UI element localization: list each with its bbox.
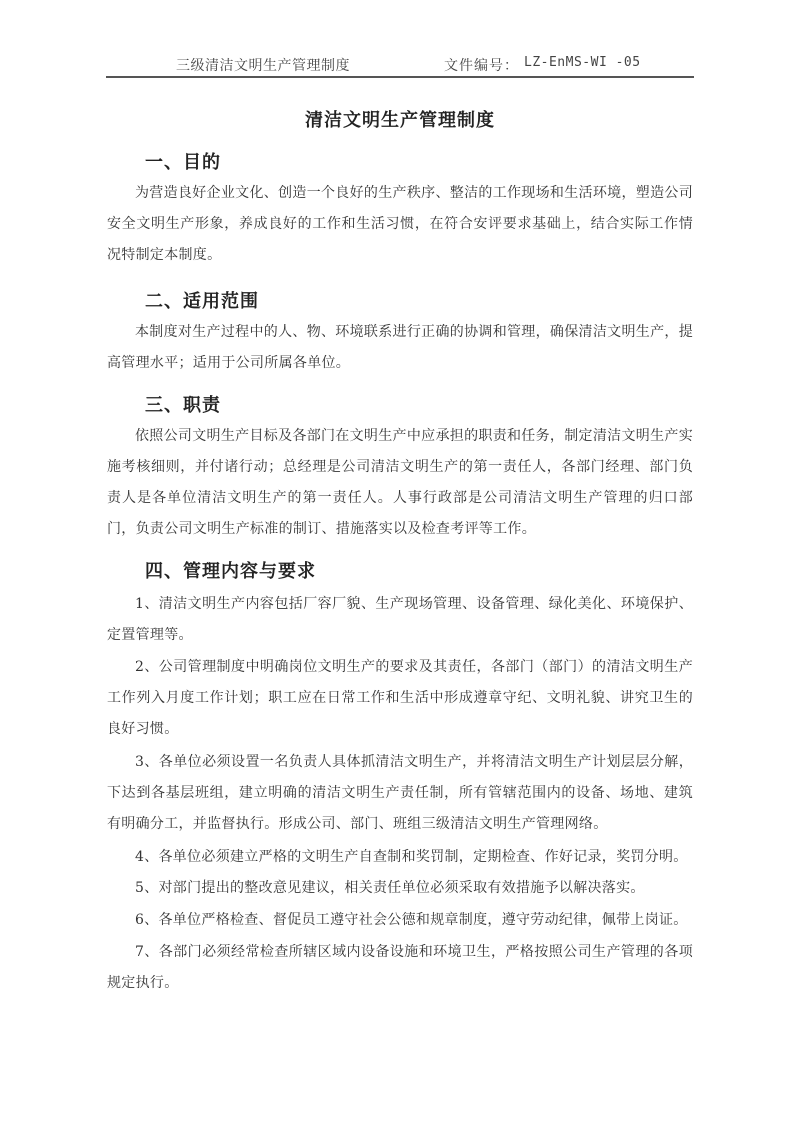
- paragraph-scope: 本制度对生产过程中的人、物、环境联系进行正确的协调和管理，确保清洁文明生产，提高…: [107, 317, 693, 379]
- section-heading-scope: 二、适用范围: [145, 287, 259, 313]
- paragraph-responsibilities: 依照公司文明生产目标及各部门在文明生产中应承担的职责和任务，制定清洁文明生产实施…: [107, 421, 693, 545]
- header-doc-code: LZ-EnMS-WI -05: [524, 55, 641, 70]
- requirement-item-5: 5、对部门提出的整改意见建议，相关责任单位必须采取有效措施予以解决落实。: [107, 873, 693, 904]
- header-doc-code-label: 文件编号：: [444, 55, 519, 75]
- running-header: 三级清洁文明生产管理制度 文件编号： LZ-EnMS-WI -05: [106, 52, 694, 78]
- section-heading-requirements: 四、管理内容与要求: [145, 557, 316, 583]
- requirement-item-7: 7、各部门必须经常检查所辖区域内设备设施和环境卫生，严格按照公司生产管理的各项规…: [107, 937, 693, 999]
- requirement-item-2: 2、公司管理制度中明确岗位文明生产的要求及其责任，各部门（部门）的清洁文明生产工…: [107, 652, 693, 745]
- paragraph-purpose: 为营造良好企业文化、创造一个良好的生产秩序、整洁的工作现场和生活环境，塑造公司安…: [107, 178, 693, 271]
- section-heading-purpose: 一、目的: [145, 148, 221, 174]
- document-title: 清洁文明生产管理制度: [0, 106, 800, 132]
- requirement-item-1: 1、清洁文明生产内容包括厂容厂貌、生产现场管理、设备管理、绿化美化、环境保护、定…: [107, 589, 693, 651]
- header-doc-name: 三级清洁文明生产管理制度: [176, 55, 350, 75]
- requirement-item-6: 6、各单位严格检查、督促员工遵守社会公德和规章制度，遵守劳动纪律，佩带上岗证。: [107, 905, 693, 936]
- requirement-item-3: 3、各单位必须设置一名负责人具体抓清洁文明生产，并将清洁文明生产计划层层分解，下…: [107, 747, 693, 840]
- requirement-item-4: 4、各单位必须建立严格的文明生产自查制和奖罚制，定期检查、作好记录，奖罚分明。: [107, 842, 693, 873]
- document-page: 三级清洁文明生产管理制度 文件编号： LZ-EnMS-WI -05 清洁文明生产…: [0, 0, 800, 1130]
- section-heading-responsibilities: 三、职责: [145, 391, 221, 417]
